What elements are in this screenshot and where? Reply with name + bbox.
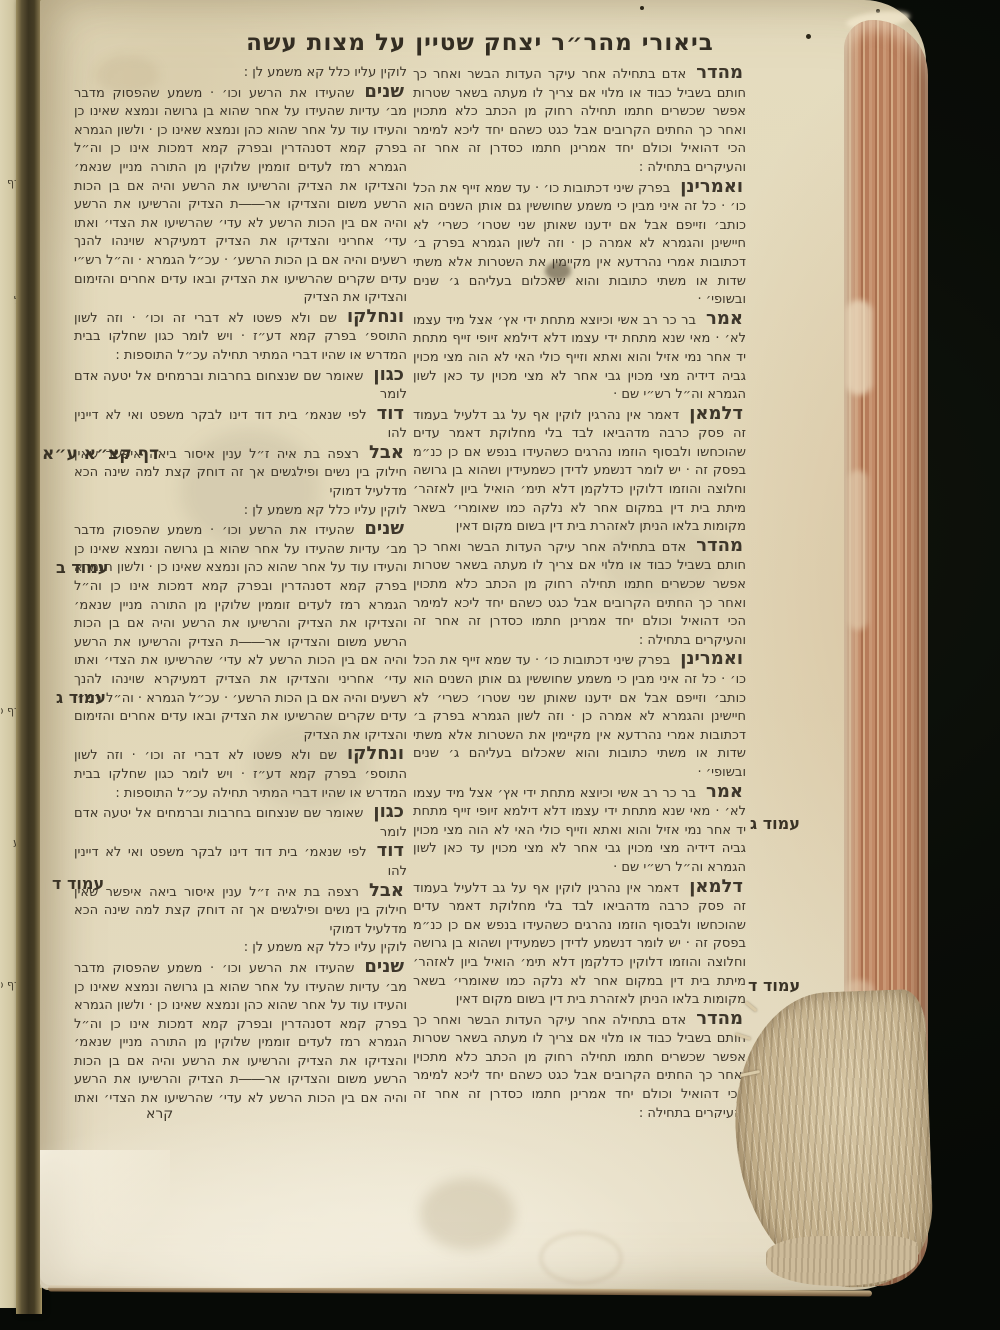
text-column-right: מהדראדם בתחילה אחר עיקר העדות הבשר ואחר … xyxy=(413,64,746,1118)
paper-corner-light xyxy=(40,1150,170,1285)
section-lead-word: כגון xyxy=(373,364,404,385)
section-lead-word: שנים xyxy=(364,956,404,977)
text-paragraph: דודלפי שנאמ׳ בית דוד דינו לבקר משפט ואי … xyxy=(74,405,407,444)
text-paragraph: אמרבר כר רב אשי וכיוצא מתחת ידי אץ׳ אצל … xyxy=(413,310,746,405)
catchword: קרא xyxy=(146,1106,173,1122)
section-lead-word: ונחלקו xyxy=(347,306,404,327)
section-lead-word: דוד xyxy=(377,840,404,861)
text-paragraph: לוקין עליו כלל קא משמע לן : xyxy=(74,502,407,521)
section-lead-word: מהדר xyxy=(696,535,743,556)
section-lead-word: ואמרינן xyxy=(680,648,743,669)
text-paragraph: כגוןשאומר שם שנצחום בחרבות וברמחים אל יט… xyxy=(74,366,407,405)
text-paragraph: מהדראדם בתחילה אחר עיקר העדות הבשר ואחר … xyxy=(413,1010,746,1118)
margin-note: עמוד ב xyxy=(56,558,108,577)
margin-note: עמוד ג xyxy=(56,688,106,707)
text-paragraph: דודלפי שנאמ׳ בית דוד דינו לבקר משפט ואי … xyxy=(74,842,407,881)
section-lead-word: דוד xyxy=(377,403,404,424)
text-paragraph: מהדראדם בתחילה אחר עיקר העדות הבשר ואחר … xyxy=(413,64,746,178)
text-paragraph: ואמרינןבפרק שיני דכתובות כו׳ · עד שמא זי… xyxy=(413,650,746,782)
fore-edge-worn-patch xyxy=(848,470,868,630)
section-lead-word: אמר xyxy=(706,781,743,802)
text-paragraph: אבלרצפה בת איה ז״ל ענין איסור ביאה איפשר… xyxy=(74,882,407,940)
ink-speck xyxy=(806,34,811,39)
page-title: ביאורי מהר״ר יצחק שטיין על מצות עשה xyxy=(200,30,760,56)
section-lead-word: מהדר xyxy=(696,64,743,83)
text-paragraph: אמרבר כר רב אשי וכיוצא מתחת ידי אץ׳ אצל … xyxy=(413,783,746,878)
section-lead-word: ואמרינן xyxy=(680,176,743,197)
text-column-left: לוקין עליו כלל קא משמע לן :שניםשהעידו את… xyxy=(74,64,407,1108)
section-lead-word: שנים xyxy=(364,81,404,102)
text-paragraph: ונחלקושם ולא פשטו לא דברי זה וכו׳ · וזה … xyxy=(74,745,407,803)
text-paragraph: לוקין עליו כלל קא משמע לן : xyxy=(74,64,407,83)
text-paragraph: לוקין עליו כלל קא משמע לן : xyxy=(74,939,407,958)
section-lead-word: מהדר xyxy=(696,1008,743,1029)
text-paragraph: שניםשהעידו את הרשע וכו׳ · משמע שהפסוק מד… xyxy=(74,958,407,1108)
text-paragraph: ואמרינןבפרק שיני דכתובות כו׳ · עד שמא זי… xyxy=(413,178,746,310)
section-lead-word: דלמאן xyxy=(689,403,743,424)
section-lead-word: ונחלקו xyxy=(347,743,404,764)
text-paragraph: שניםשהעידו את הרשע וכו׳ · משמע שהפסוק מד… xyxy=(74,520,407,745)
section-lead-word: דלמאן xyxy=(689,876,743,897)
section-lead-word: שנים xyxy=(364,518,404,539)
text-paragraph: דלמאןדאמר אין נהרגין לוקין אף על גב דלעי… xyxy=(413,878,746,1010)
margin-note: עמוד ג xyxy=(750,814,800,833)
fore-edge-worn-patch xyxy=(846,300,872,395)
section-lead-word: אבל xyxy=(369,880,404,901)
section-lead-word: אבל xyxy=(369,442,404,463)
margin-note: עמוד ד xyxy=(748,976,800,995)
ink-speck xyxy=(640,6,644,10)
stain xyxy=(420,1178,515,1250)
margin-note: עמוד ד xyxy=(52,874,104,893)
text-paragraph: דלמאןדאמר אין נהרגין לוקין אף על גב דלעי… xyxy=(413,405,746,537)
binding-gutter xyxy=(16,0,42,1314)
text-paragraph: כגוןשאומר שם שנצחום בחרבות וברמחים אל יט… xyxy=(74,803,407,842)
margin-note: דף קצ״א ע״א xyxy=(42,444,159,464)
text-paragraph: מהדראדם בתחילה אחר עיקר העדות הבשר ואחר … xyxy=(413,537,746,651)
stain xyxy=(540,1232,622,1284)
text-paragraph: ונחלקושם ולא פשטו לא דברי זה וכו׳ · וזה … xyxy=(74,308,407,366)
book-scan: דףלדף כעדף כ ביאורי מהר״ר יצחק שטיין על … xyxy=(0,0,1000,1330)
section-lead-word: אמר xyxy=(706,308,743,329)
text-paragraph: שניםשהעידו את הרשע וכו׳ · משמע שהפסוק מד… xyxy=(74,83,407,308)
section-lead-word: כגון xyxy=(373,801,404,822)
